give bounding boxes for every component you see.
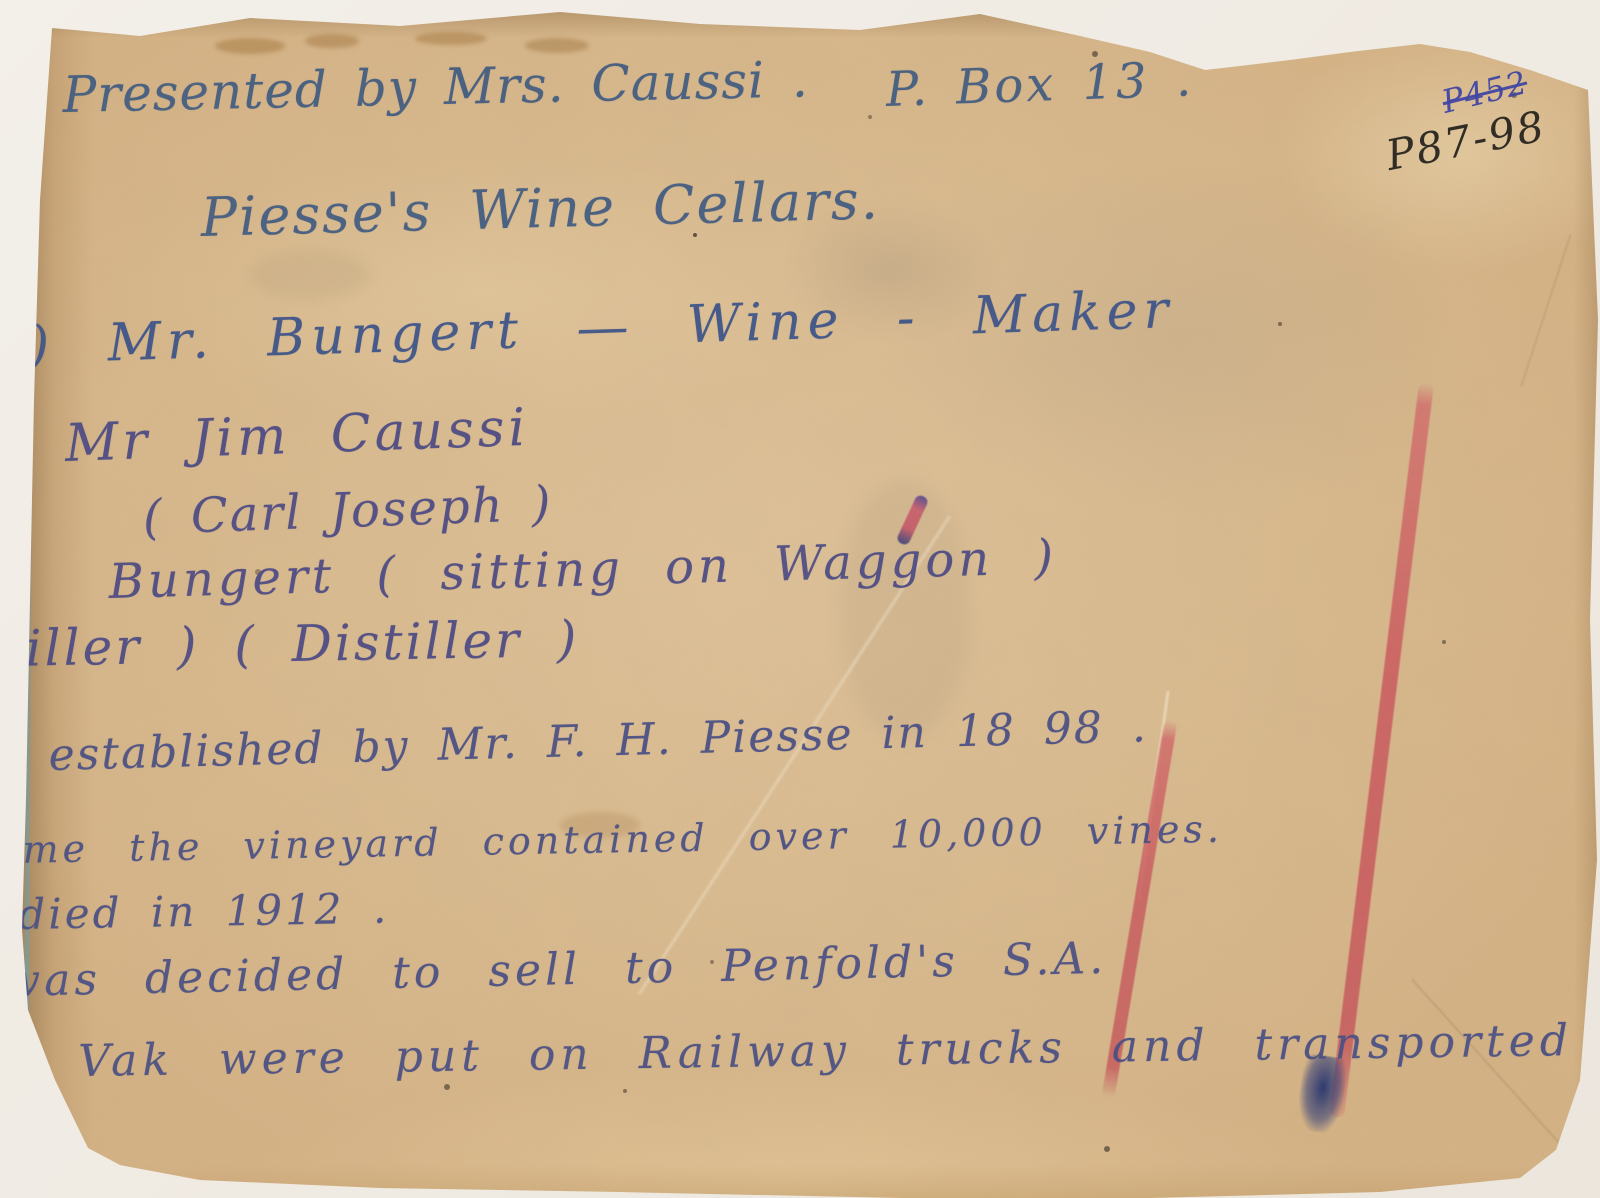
- torn-edge-left: [20, 24, 94, 1164]
- handwritten-line-po-box: P. Box 13 .: [885, 51, 1195, 118]
- brown-stain: [525, 38, 589, 53]
- handwritten-line-established: established by Mr. F. H. Piesse in 18 98…: [48, 701, 1148, 781]
- red-blue-ink-dash: [896, 494, 930, 547]
- paper-grain-texture: [0, 0, 1600, 1198]
- crossed-out-reference: P452: [1438, 63, 1531, 121]
- catalog-reference: P87-98: [1382, 101, 1550, 180]
- gray-smudge: [250, 250, 370, 300]
- brown-stain: [215, 38, 285, 54]
- handwritten-line-vineyard: ime the vineyard contained over 10,000 v…: [6, 807, 1223, 872]
- handwritten-line-died: died in 1912 .: [18, 884, 390, 939]
- red-crayon-line-left: [1102, 720, 1178, 1099]
- paper-crease: [638, 515, 951, 995]
- handwritten-line-distiller: tiller ) ( Distiller ): [2, 610, 580, 678]
- handwritten-line-title: Piesse's Wine Cellars.: [200, 168, 881, 249]
- red-crayon-line-right: [1329, 382, 1434, 1118]
- dirt-specks: [693, 233, 697, 237]
- handwritten-line-penfolds: was decided to sell to Penfold's S.A.: [2, 933, 1108, 1007]
- brown-stain: [305, 34, 359, 48]
- handwritten-line-carl-joseph: ( Carl Joseph ): [142, 476, 553, 546]
- brown-stain: [415, 32, 487, 45]
- torn-edge-top: [40, 8, 1580, 38]
- brown-stain: [560, 812, 640, 838]
- note-card: Presented by Mrs. Caussi . P. Box 13 . P…: [0, 0, 1600, 1198]
- scanner-edge-artifact: [24, 50, 34, 1120]
- handwritten-line-wine-maker: ) Mr. Bungert — Wine - Maker: [28, 280, 1175, 376]
- paper-crease: [1137, 691, 1169, 899]
- handwritten-line-railway: Vak were put on Railway trucks and trans…: [78, 1015, 1573, 1087]
- paper-crease: [1520, 234, 1571, 387]
- worn-edge-bottom: [60, 1164, 1560, 1198]
- handwritten-line-waggon: Bungert ( sitting on Waggon ): [108, 529, 1058, 610]
- handwritten-line-jim-caussi: Mr Jim Caussi: [64, 398, 530, 474]
- scanner-background: Presented by Mrs. Caussi . P. Box 13 . P…: [0, 0, 1600, 1198]
- blue-ink-blot: [1295, 1053, 1349, 1134]
- handwritten-line-presented-by: Presented by Mrs. Caussi .: [62, 50, 809, 124]
- torn-edge-right: [1574, 80, 1600, 1160]
- paper-crease: [1411, 979, 1566, 1151]
- gray-smudge: [840, 480, 970, 740]
